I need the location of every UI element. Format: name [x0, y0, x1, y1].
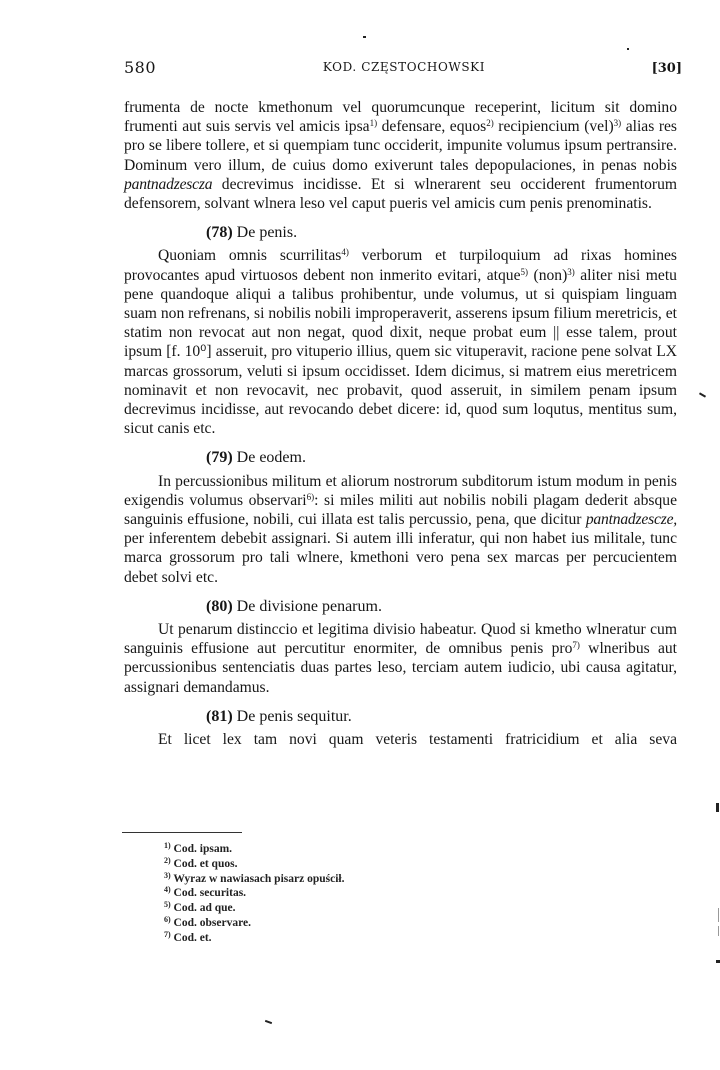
footnote-ref: 3)	[567, 267, 575, 277]
margin-mark	[718, 926, 719, 936]
folio-marker: [f. 10⁰]	[166, 343, 211, 360]
section-heading-79: (79) De eodem.	[206, 448, 677, 467]
paragraph-continuation: frumenta de nocte kmethonum vel quorumcu…	[124, 98, 677, 213]
main-text: frumenta de nocte kmethonum vel quorumcu…	[124, 98, 677, 749]
margin-mark	[699, 392, 706, 397]
footnote-6: 6) Cod. observare.	[164, 916, 344, 931]
footnote-3: 3) Wyraz w nawiasach pisarz opuścił.	[164, 872, 344, 887]
section-heading-78: (78) De penis.	[206, 223, 677, 242]
page-header: 580 KOD. CZĘSTOCHOWSKI [30]	[124, 58, 684, 80]
footnote-ref: 5)	[521, 267, 529, 277]
paragraph-78: Quoniam omnis scurrilitas4) verborum et …	[124, 246, 677, 438]
footnote-divider	[122, 832, 242, 833]
margin-mark	[716, 803, 719, 812]
footnote-5: 5) Cod. ad que.	[164, 901, 344, 916]
footnote-ref: 1)	[370, 118, 378, 128]
italic-term: pantnadzescze,	[586, 511, 677, 528]
paragraph-80: Ut penarum distinccio et legitima divisi…	[124, 620, 677, 697]
italic-term: pantnadzescza	[124, 176, 212, 193]
running-title: KOD. CZĘSTOCHOWSKI	[124, 60, 684, 74]
scan-speck	[363, 36, 366, 38]
section-heading-80: (80) De divisione penarum.	[206, 597, 677, 616]
scan-speck	[627, 48, 629, 50]
footnote-7: 7) Cod. et.	[164, 931, 344, 946]
footnote-ref: 7)	[572, 640, 580, 650]
footnote-2: 2) Cod. et quos.	[164, 857, 344, 872]
footnote-4: 4) Cod. securitas.	[164, 886, 344, 901]
section-heading-81: (81) De penis sequitur.	[206, 707, 677, 726]
paragraph-81: Et licet lex tam novi quam veteris testa…	[124, 730, 677, 749]
footnote-ref: 4)	[341, 247, 349, 257]
section-reference: [30]	[652, 61, 682, 76]
footnote-ref: 2)	[486, 118, 494, 128]
margin-mark	[718, 908, 719, 922]
footnote-1: 1) Cod. ipsam.	[164, 842, 344, 857]
scan-speck	[265, 1020, 272, 1024]
footnotes: 1) Cod. ipsam. 2) Cod. et quos. 3) Wyraz…	[164, 842, 344, 946]
margin-mark	[716, 960, 720, 963]
paragraph-79: In percussionibus militum et aliorum nos…	[124, 472, 677, 587]
